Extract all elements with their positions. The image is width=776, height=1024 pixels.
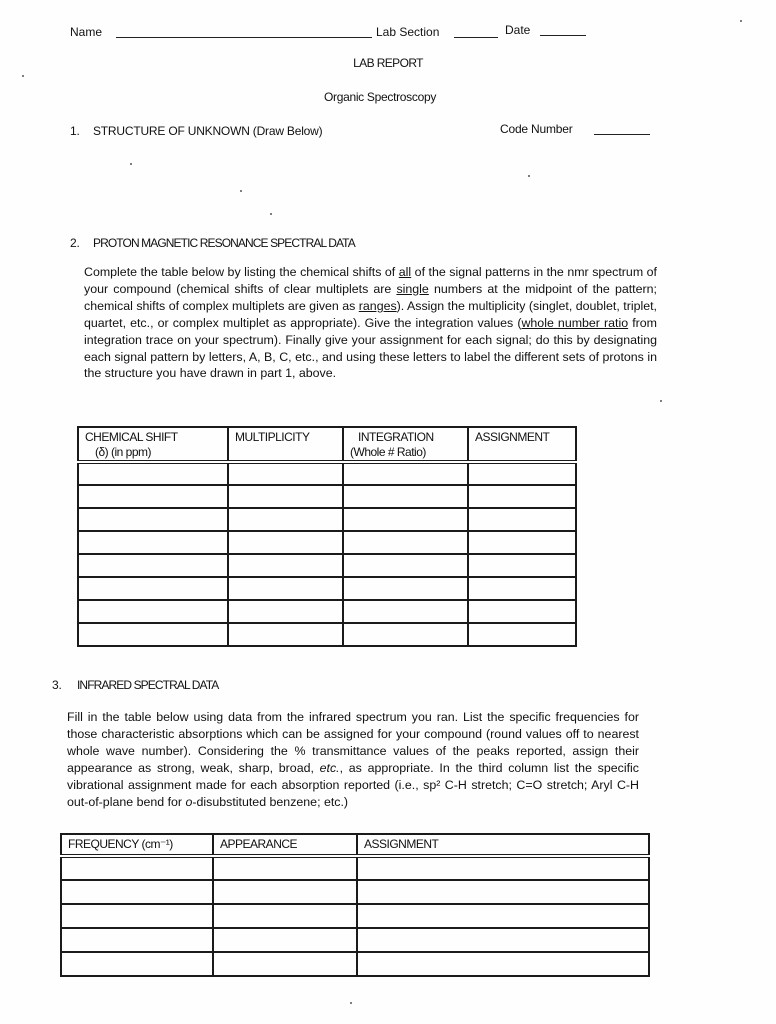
ir-cell[interactable]: [61, 928, 213, 952]
column-header-line2: (Whole # Ratio): [350, 445, 426, 459]
nmr-cell-input[interactable]: [469, 509, 575, 523]
nmr-cell[interactable]: [468, 600, 576, 623]
column-header-line1: ASSIGNMENT: [475, 430, 549, 444]
nmr-cell[interactable]: [343, 600, 468, 623]
ir-col-appearance: APPEARANCE: [213, 834, 357, 856]
section-1-number: 1.: [70, 124, 80, 138]
nmr-cell[interactable]: [228, 485, 343, 508]
nmr-cell[interactable]: [228, 623, 343, 646]
nmr-cell-input[interactable]: [229, 509, 342, 523]
nmr-cell-input[interactable]: [79, 624, 227, 638]
nmr-cell[interactable]: [343, 531, 468, 554]
ir-cell-input[interactable]: [62, 929, 212, 943]
name-label: Name: [70, 25, 102, 39]
section-2-heading: PROTON MAGNETIC RESONANCE SPECTRAL DATA: [93, 236, 355, 250]
table-row: [61, 856, 649, 880]
nmr-cell[interactable]: [228, 462, 343, 485]
scan-speck: [350, 1002, 352, 1004]
table-row: [61, 880, 649, 904]
scan-speck: [22, 75, 24, 77]
nmr-cell[interactable]: [343, 508, 468, 531]
nmr-data-table: CHEMICAL SHIFT (δ) (in ppm) MULTIPLICITY…: [77, 426, 577, 647]
page-title: LAB REPORT: [0, 56, 776, 70]
table-row: [78, 600, 576, 623]
nmr-cell-input[interactable]: [469, 464, 575, 478]
nmr-cell-input[interactable]: [229, 555, 342, 569]
section-3-number: 3.: [52, 678, 62, 692]
instruction-text-segment: single: [396, 282, 428, 296]
nmr-cell-input[interactable]: [79, 464, 227, 478]
nmr-cell[interactable]: [228, 600, 343, 623]
ir-cell-input[interactable]: [62, 858, 212, 872]
nmr-cell[interactable]: [468, 485, 576, 508]
date-label: Date: [505, 23, 530, 37]
nmr-cell-input[interactable]: [229, 486, 342, 500]
nmr-col-multiplicity: MULTIPLICITY: [228, 427, 343, 462]
nmr-cell[interactable]: [78, 462, 228, 485]
date-field[interactable]: [540, 24, 586, 36]
ir-cell-input[interactable]: [358, 905, 648, 919]
instruction-text-segment: all: [399, 265, 411, 279]
ir-cell[interactable]: [61, 904, 213, 928]
nmr-cell[interactable]: [343, 623, 468, 646]
nmr-cell-input[interactable]: [469, 601, 575, 615]
nmr-cell[interactable]: [468, 508, 576, 531]
nmr-cell-input[interactable]: [469, 532, 575, 546]
lab-report-page: Name Lab Section Date LAB REPORT Organic…: [0, 0, 776, 1024]
nmr-cell[interactable]: [78, 600, 228, 623]
nmr-cell[interactable]: [78, 508, 228, 531]
nmr-cell-input[interactable]: [344, 601, 467, 615]
nmr-col-integration: INTEGRATION (Whole # Ratio): [343, 427, 468, 462]
nmr-cell[interactable]: [468, 623, 576, 646]
ir-cell[interactable]: [357, 904, 649, 928]
nmr-cell[interactable]: [228, 508, 343, 531]
nmr-cell-input[interactable]: [344, 486, 467, 500]
nmr-cell[interactable]: [468, 577, 576, 600]
column-header-line2: (δ) (in ppm): [85, 445, 151, 459]
name-field[interactable]: [116, 26, 372, 38]
nmr-cell-input[interactable]: [469, 624, 575, 638]
section-3-heading: INFRARED SPECTRAL DATA: [77, 678, 218, 692]
ir-cell[interactable]: [213, 928, 357, 952]
ir-cell[interactable]: [357, 856, 649, 880]
ir-cell-input[interactable]: [62, 905, 212, 919]
nmr-cell[interactable]: [78, 531, 228, 554]
column-header-line1: ASSIGNMENT: [364, 837, 438, 851]
ir-data-table: FREQUENCY (cm⁻¹) APPEARANCE ASSIGNMENT: [60, 833, 650, 977]
ir-cell[interactable]: [213, 904, 357, 928]
scan-speck: [270, 213, 272, 215]
ir-cell-input[interactable]: [214, 953, 356, 967]
nmr-cell[interactable]: [468, 462, 576, 485]
column-header-line1: INTEGRATION: [350, 430, 434, 444]
nmr-cell[interactable]: [343, 485, 468, 508]
ir-cell-input[interactable]: [358, 953, 648, 967]
nmr-col-assignment: ASSIGNMENT: [468, 427, 576, 462]
nmr-cell[interactable]: [468, 554, 576, 577]
instruction-text-segment: Complete the table below by listing the …: [84, 265, 399, 279]
instruction-text-segment: etc.: [320, 761, 340, 775]
nmr-cell[interactable]: [228, 577, 343, 600]
nmr-cell-input[interactable]: [229, 532, 342, 546]
column-header-line1: MULTIPLICITY: [235, 430, 309, 444]
ir-cell-input[interactable]: [358, 929, 648, 943]
nmr-cell-input[interactable]: [229, 601, 342, 615]
lab-section-label: Lab Section: [376, 25, 439, 39]
ir-cell[interactable]: [357, 952, 649, 976]
column-header-line1: APPEARANCE: [220, 837, 297, 851]
ir-cell[interactable]: [213, 856, 357, 880]
code-number-field[interactable]: [594, 123, 650, 135]
ir-cell-input[interactable]: [214, 905, 356, 919]
lab-section-field[interactable]: [454, 26, 498, 38]
nmr-cell[interactable]: [343, 577, 468, 600]
nmr-cell-input[interactable]: [79, 532, 227, 546]
table-row: [78, 623, 576, 646]
nmr-cell-input[interactable]: [469, 578, 575, 592]
nmr-cell-input[interactable]: [344, 555, 467, 569]
ir-cell-input[interactable]: [62, 953, 212, 967]
nmr-cell-input[interactable]: [229, 624, 342, 638]
table-row: [78, 485, 576, 508]
section-2-number: 2.: [70, 236, 80, 250]
ir-cell-input[interactable]: [214, 929, 356, 943]
instruction-text-segment: whole number ratio: [521, 316, 628, 330]
ir-cell-input[interactable]: [214, 858, 356, 872]
ir-col-assignment: ASSIGNMENT: [357, 834, 649, 856]
nmr-cell[interactable]: [228, 531, 343, 554]
nmr-cell-input[interactable]: [344, 509, 467, 523]
nmr-cell-input[interactable]: [344, 532, 467, 546]
ir-cell[interactable]: [357, 880, 649, 904]
nmr-cell-input[interactable]: [344, 464, 467, 478]
nmr-cell[interactable]: [468, 531, 576, 554]
nmr-cell-input[interactable]: [229, 578, 342, 592]
structure-drawing-area[interactable]: [70, 145, 690, 230]
nmr-cell[interactable]: [78, 577, 228, 600]
nmr-cell-input[interactable]: [469, 486, 575, 500]
code-number-label: Code Number: [500, 122, 573, 136]
scan-speck: [740, 20, 742, 22]
table-row: [78, 462, 576, 485]
nmr-col-chemical-shift: CHEMICAL SHIFT (δ) (in ppm): [78, 427, 228, 462]
nmr-cell[interactable]: [343, 462, 468, 485]
scan-speck: [130, 163, 132, 165]
table-row: [61, 928, 649, 952]
instruction-text-segment: ranges: [359, 299, 397, 313]
section-1-heading: STRUCTURE OF UNKNOWN (Draw Below): [93, 124, 322, 138]
ir-cell-input[interactable]: [358, 858, 648, 872]
ir-cell[interactable]: [213, 880, 357, 904]
ir-cell-input[interactable]: [62, 881, 212, 895]
table-row: [78, 554, 576, 577]
scan-speck: [240, 190, 242, 192]
nmr-instructions: Complete the table below by listing the …: [84, 264, 657, 382]
instruction-text-segment: -disubstituted benzene; etc.): [192, 795, 348, 809]
nmr-cell-input[interactable]: [79, 555, 227, 569]
table-row: [61, 952, 649, 976]
nmr-cell-input[interactable]: [469, 555, 575, 569]
nmr-cell[interactable]: [78, 623, 228, 646]
nmr-cell-input[interactable]: [79, 486, 227, 500]
ir-cell[interactable]: [61, 880, 213, 904]
nmr-cell[interactable]: [78, 485, 228, 508]
ir-cell[interactable]: [357, 928, 649, 952]
ir-cell[interactable]: [61, 856, 213, 880]
nmr-cell[interactable]: [343, 554, 468, 577]
nmr-cell-input[interactable]: [344, 624, 467, 638]
ir-cell-input[interactable]: [214, 881, 356, 895]
nmr-cell[interactable]: [78, 554, 228, 577]
ir-instructions: Fill in the table below using data from …: [67, 709, 639, 810]
nmr-cell-input[interactable]: [79, 578, 227, 592]
scan-speck: [528, 175, 530, 177]
ir-cell[interactable]: [213, 952, 357, 976]
nmr-cell-input[interactable]: [229, 464, 342, 478]
scan-speck: [660, 400, 662, 402]
nmr-cell-input[interactable]: [79, 601, 227, 615]
ir-cell[interactable]: [61, 952, 213, 976]
ir-cell-input[interactable]: [358, 881, 648, 895]
nmr-cell-input[interactable]: [79, 509, 227, 523]
ir-col-frequency: FREQUENCY (cm⁻¹): [61, 834, 213, 856]
column-header-line1: CHEMICAL SHIFT: [85, 430, 178, 444]
table-row: [61, 904, 649, 928]
table-row: [78, 531, 576, 554]
table-row: [78, 577, 576, 600]
nmr-cell[interactable]: [228, 554, 343, 577]
page-subtitle: Organic Spectroscopy: [0, 90, 760, 104]
nmr-cell-input[interactable]: [344, 578, 467, 592]
table-row: [78, 508, 576, 531]
column-header-line1: FREQUENCY (cm⁻¹): [68, 837, 173, 851]
